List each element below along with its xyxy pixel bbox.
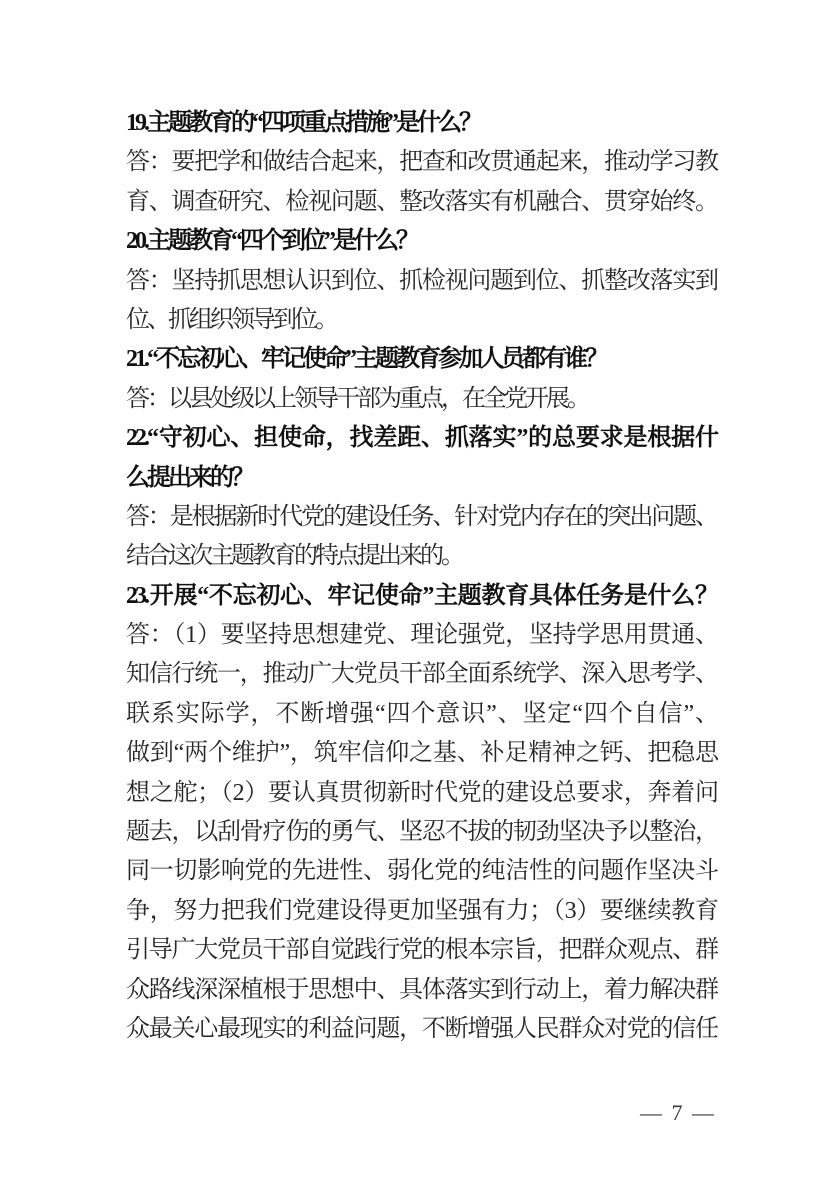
qa-item-21: 21.“不忘初心、牢记使命”主题教育参加人员都有谁？ 答：以县处级以上领导干部为…: [126, 340, 716, 419]
answer-line: 结合这次主题教育的特点提出来的。: [126, 537, 716, 576]
answer-line: 众最关心最现实的利益问题，不断增强人民群众对党的信任: [126, 1010, 716, 1049]
qa-item-22: 22.“守初心、担使命，找差距、抓落实”的总要求是根据什 么提出来的？ 答：是根…: [126, 419, 716, 577]
document-page: 19.主题教育的“四项重点措施”是什么？ 答：要把学和做结合起来，把查和改贯通起…: [0, 0, 840, 1188]
answer-line: 育、调查研究、检视问题、整改落实有机融合、贯穿始终。: [126, 183, 716, 222]
question-line: 20.主题教育“四个到位”是什么？: [126, 222, 716, 261]
answer-line: 众路线深深植根于思想中、具体落实到行动上，着力解决群: [126, 971, 716, 1010]
answer-line: 想之舵；（2）要认真贯彻新时代党的建设总要求，奔着问: [126, 774, 716, 813]
answer-line: 答：（1）要坚持思想建党、理论强党，坚持学思用贯通、: [126, 616, 716, 655]
question-line: 么提出来的？: [126, 459, 716, 498]
answer-line: 题去，以刮骨疗伤的勇气、坚忍不拔的韧劲坚决予以整治，: [126, 813, 716, 852]
question-line: 19.主题教育的“四项重点措施”是什么？: [126, 104, 716, 143]
answer-line: 答：是根据新时代党的建设任务、针对党内存在的突出问题、: [126, 498, 716, 537]
question-line: 21.“不忘初心、牢记使命”主题教育参加人员都有谁？: [126, 340, 716, 379]
answer-line: 答：要把学和做结合起来，把查和改贯通起来，推动学习教: [126, 143, 716, 182]
answer-line: 引导广大党员干部自觉践行党的根本宗旨，把群众观点、群: [126, 931, 716, 970]
answer-line: 位、抓组织领导到位。: [126, 301, 716, 340]
question-line: 23.开展“不忘初心、牢记使命”主题教育具体任务是什么？: [126, 577, 716, 616]
answer-line: 知信行统一，推动广大党员干部全面系统学、深入思考学、: [126, 655, 716, 694]
answer-line: 答：坚持抓思想认识到位、抓检视问题到位、抓整改落实到: [126, 262, 716, 301]
answer-line: 答：以县处级以上领导干部为重点，在全党开展。: [126, 380, 716, 419]
answer-line: 同一切影响党的先进性、弱化党的纯洁性的问题作坚决斗: [126, 852, 716, 891]
qa-list: 19.主题教育的“四项重点措施”是什么？ 答：要把学和做结合起来，把查和改贯通起…: [126, 104, 716, 1049]
question-line: 22.“守初心、担使命，找差距、抓落实”的总要求是根据什: [126, 419, 716, 458]
answer-line: 做到“两个维护”，筑牢信仰之基、补足精神之钙、把稳思: [126, 734, 716, 773]
answer-line: 争，努力把我们党建设得更加坚强有力；（3）要继续教育: [126, 892, 716, 931]
qa-item-23: 23.开展“不忘初心、牢记使命”主题教育具体任务是什么？ 答：（1）要坚持思想建…: [126, 577, 716, 1050]
page-number: — 7 —: [126, 1098, 716, 1128]
qa-item-19: 19.主题教育的“四项重点措施”是什么？ 答：要把学和做结合起来，把查和改贯通起…: [126, 104, 716, 222]
answer-line: 联系实际学，不断增强“四个意识”、坚定“四个自信”、: [126, 695, 716, 734]
qa-item-20: 20.主题教育“四个到位”是什么？ 答：坚持抓思想认识到位、抓检视问题到位、抓整…: [126, 222, 716, 340]
